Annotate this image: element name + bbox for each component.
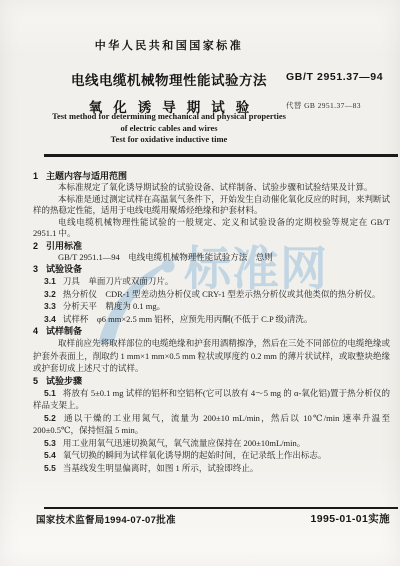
paragraph: 本标准是通过测定试样在高温氧气条件下，开始发生自动催化氧化反应的时间，来判断试样… (33, 194, 390, 217)
clause: 3.3分析天平 精度为 0.1 mg。 (33, 300, 390, 313)
header-rule (44, 154, 398, 157)
clause: 5.3用工业用氧气迅速切换氮气，氧气流量应保持在 200±10mL/min。 (33, 437, 390, 450)
clause-number: 5.3 (44, 438, 56, 448)
english-title-line1: Test method for determining mechanical a… (34, 111, 304, 123)
clause: 5.5当基线发生明显偏离时，如图 1 所示，试验即终止。 (33, 462, 390, 475)
clause-text: 用工业用氧气迅速切换氮气，氧气流量应保持在 200±10mL/min。 (63, 438, 305, 448)
section-2-heading: 2引用标准 (33, 240, 390, 252)
implementation-date: 1995-01-01实施 (310, 511, 390, 526)
clause-number: 3.2 (44, 289, 56, 299)
approval-date: 国家技术监督局1994-07-07批准 (36, 512, 176, 526)
clause-text: 热分析仪 CDR-1 型差动热分析仪或 CRY-1 型差示热分析仪或其他类似的热… (63, 289, 381, 299)
footer-rule (44, 507, 398, 509)
section-number: 4 (33, 326, 38, 336)
clause: 3.4试样杯 φ6 mm×2.5 mm 铝杯，应预先用丙酮(不低于 C.P 级)… (33, 313, 390, 326)
section-title: 试验设备 (46, 264, 82, 274)
title-block: 电线电缆机械物理性能试验方法 氧化诱导期试验 (44, 69, 294, 116)
clause-number: 5.5 (44, 463, 56, 473)
clause-text: 氧气切换的瞬间为试样氧化诱导期的起始时间，在记录纸上作出标志。 (63, 450, 327, 460)
standard-document-page: 标准网 中华人民共和国国家标准 电线电缆机械物理性能试验方法 氧化诱导期试验 G… (0, 0, 400, 566)
english-title-line3: Test for oxidative inductive time (34, 134, 304, 146)
paragraph: 取样前应先将取样部位的电缆绝缘和护套用酒精擦净，然后在三处不同部位的电缆绝缘或护… (33, 337, 390, 375)
clause: 3.2热分析仪 CDR-1 型差动热分析仪或 CRY-1 型差示热分析仪或其他类… (33, 288, 390, 301)
clause-text: 通以干燥的工业用氮气，流量为 200±10 mL/min，然后以 10℃/min… (33, 413, 390, 436)
section-4-heading: 4试样制备 (33, 325, 390, 337)
section-title: 主题内容与适用范围 (46, 171, 127, 181)
clause-text: 当基线发生明显偏离时，如图 1 所示，试验即终止。 (63, 463, 259, 473)
referenced-standard: GB/T 2951.1—94 电线电缆机械物理性能试验方法 总则 (33, 252, 390, 264)
clause-text: 刀具 单面刀片或双面刀片。 (63, 276, 174, 286)
section-5-heading: 5试验步骤 (33, 375, 390, 387)
clause-number: 3.1 (44, 276, 56, 286)
clause: 3.1刀具 单面刀片或双面刀片。 (33, 275, 390, 288)
clause-number: 5.2 (44, 413, 56, 423)
replaces-note: 代替 GB 2951.37—83 (286, 100, 361, 111)
section-title: 试样制备 (46, 326, 82, 336)
section-number: 3 (33, 264, 38, 274)
english-title-line2: of electric cables and wires (34, 123, 304, 135)
section-number: 5 (33, 376, 38, 386)
section-number: 1 (33, 171, 38, 181)
clause-number: 3.4 (44, 314, 56, 324)
clause-number: 5.4 (44, 450, 56, 460)
section-number: 2 (33, 241, 38, 251)
clause-number: 5.1 (44, 388, 56, 398)
clause: 5.1将放有 5±0.1 mg 试样的铝杯和空铝杯(它可以放有 4～5 mg 的… (33, 387, 390, 412)
section-title: 试验步骤 (46, 376, 82, 386)
section-3-heading: 3试验设备 (33, 263, 390, 275)
paragraph: 电线电缆机械物理性能试验的一般规定、定义和试验设备的定期校验等规定在 GB/T … (33, 217, 390, 240)
document-body: 1主题内容与适用范围 本标准规定了氧化诱导期试验的试验设备、试样制备、试验步骤和… (33, 170, 390, 474)
english-title: Test method for determining mechanical a… (34, 111, 304, 146)
section-title: 引用标准 (46, 241, 82, 251)
section-1-heading: 1主题内容与适用范围 (33, 170, 390, 182)
clause-text: 分析天平 精度为 0.1 mg。 (63, 301, 165, 311)
clause-text: 将放有 5±0.1 mg 试样的铝杯和空铝杯(它可以放有 4～5 mg 的 α-… (33, 388, 390, 411)
standard-number: GB/T 2951.37—94 (286, 71, 383, 83)
clause: 5.4氧气切换的瞬间为试样氧化诱导期的起始时间，在记录纸上作出标志。 (33, 449, 390, 462)
clause-number: 3.3 (44, 301, 56, 311)
paragraph: 本标准规定了氧化诱导期试验的试验设备、试样制备、试验步骤和试验结果及计算。 (33, 182, 390, 194)
clause: 5.2通以干燥的工业用氮气，流量为 200±10 mL/min，然后以 10℃/… (33, 412, 390, 437)
page-title: 电线电缆机械物理性能试验方法 (44, 69, 294, 89)
national-standard-label: 中华人民共和国国家标准 (44, 37, 294, 53)
clause-text: 试样杯 φ6 mm×2.5 mm 铝杯，应预先用丙酮(不低于 C.P 级)清洗。 (63, 314, 313, 324)
